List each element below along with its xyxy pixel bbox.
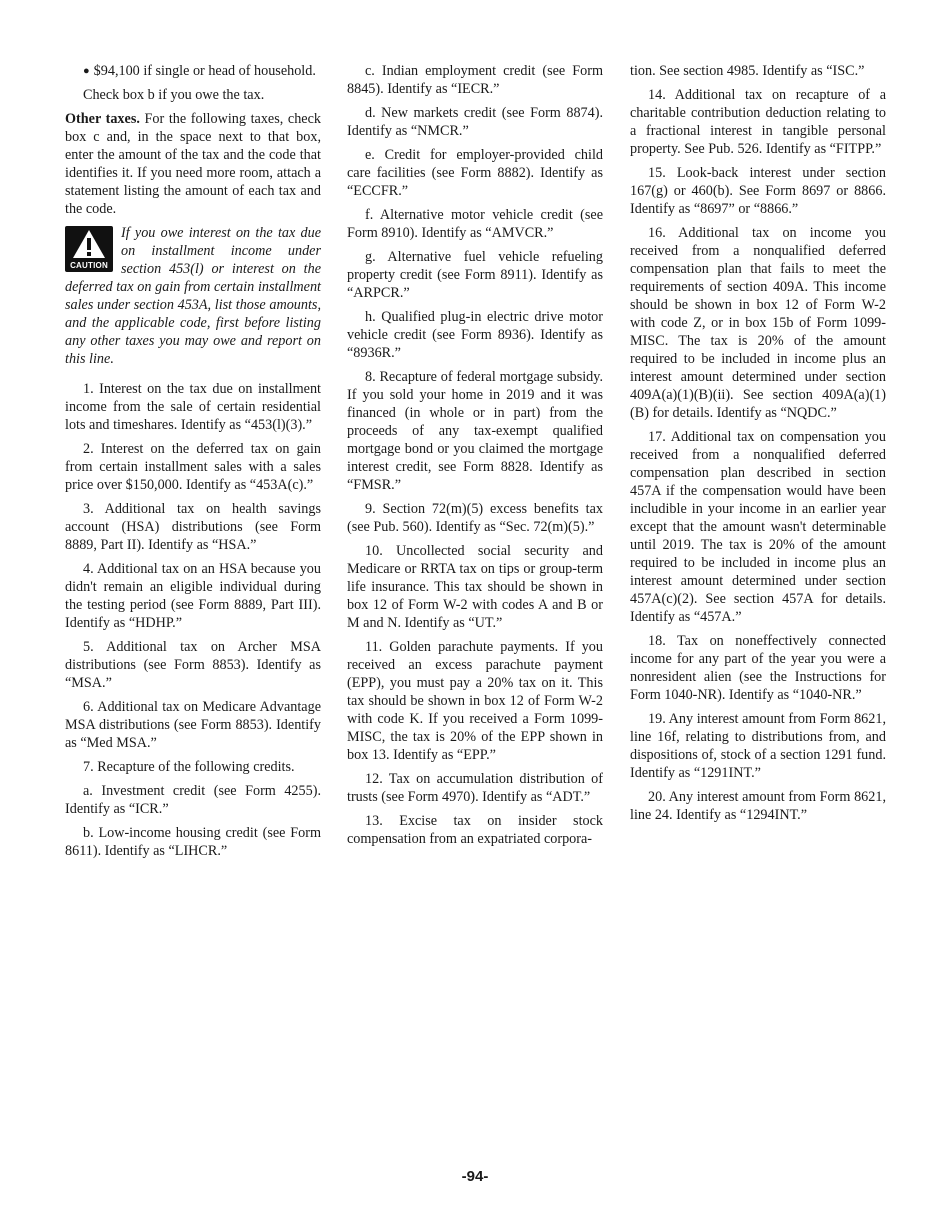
list-item: 20. Any interest amount from Form 8621, … <box>630 788 886 824</box>
list-item: b. Low-income housing credit (see Form 8… <box>65 824 321 860</box>
check-box-b-note: Check box b if you owe the tax. <box>65 86 321 104</box>
list-item: e. Credit for employer-provided child ca… <box>347 146 603 200</box>
list-item: 18. Tax on noneffectively connected inco… <box>630 632 886 704</box>
column-1: ●$94,100 if single or head of household.… <box>65 62 321 866</box>
list-item: h. Qualified plug-in electric drive moto… <box>347 308 603 362</box>
list-item: 4. Additional tax on an HSA because you … <box>65 560 321 632</box>
list-item: 3. Additional tax on health savings acco… <box>65 500 321 554</box>
caution-icon: CAUTION <box>65 226 113 272</box>
bullet-paragraph: ●$94,100 if single or head of household. <box>65 62 321 80</box>
list-item: g. Alternative fuel vehicle refueling pr… <box>347 248 603 302</box>
list-item: 19. Any interest amount from Form 8621, … <box>630 710 886 782</box>
list-item: 16. Additional tax on income you receive… <box>630 224 886 422</box>
continued-paragraph: tion. See section 4985. Identify as “ISC… <box>630 62 886 80</box>
list-item: d. New markets credit (see Form 8874). I… <box>347 104 603 140</box>
list-item: a. Investment credit (see Form 4255). Id… <box>65 782 321 818</box>
list-item: 1. Interest on the tax due on installmen… <box>65 380 321 434</box>
list-item: 17. Additional tax on compensation you r… <box>630 428 886 626</box>
list-item: 11. Golden parachute payments. If you re… <box>347 638 603 764</box>
list-item: 2. Interest on the deferred tax on gain … <box>65 440 321 494</box>
column-2: c. Indian employment credit (see Form 88… <box>347 62 603 854</box>
page-number: -94- <box>0 1168 950 1185</box>
other-taxes-heading: Other taxes. <box>65 111 140 127</box>
list-item: c. Indian employment credit (see Form 88… <box>347 62 603 98</box>
list-item: 7. Recapture of the following credits. <box>65 758 321 776</box>
column-3: tion. See section 4985. Identify as “ISC… <box>630 62 886 830</box>
list-item: 10. Uncollected social security and Medi… <box>347 542 603 632</box>
list-item: f. Alternative motor vehicle credit (see… <box>347 206 603 242</box>
caution-box: CAUTION If you owe interest on the tax d… <box>65 224 321 368</box>
other-taxes-paragraph: Other taxes. For the following taxes, ch… <box>65 110 321 218</box>
list-item: 15. Look-back interest under section 167… <box>630 164 886 218</box>
list-item: 6. Additional tax on Medicare Advantage … <box>65 698 321 752</box>
list-item: 13. Excise tax on insider stock compensa… <box>347 812 603 848</box>
bullet-icon: ● <box>83 65 90 77</box>
list-item: 9. Section 72(m)(5) excess benefits tax … <box>347 500 603 536</box>
list-item: 12. Tax on accumulation distribution of … <box>347 770 603 806</box>
list-item: 5. Additional tax on Archer MSA distribu… <box>65 638 321 692</box>
list-item: 14. Additional tax on recapture of a cha… <box>630 86 886 158</box>
list-item: 8. Recapture of federal mortgage subsidy… <box>347 368 603 494</box>
caution-label: CAUTION <box>65 261 113 270</box>
